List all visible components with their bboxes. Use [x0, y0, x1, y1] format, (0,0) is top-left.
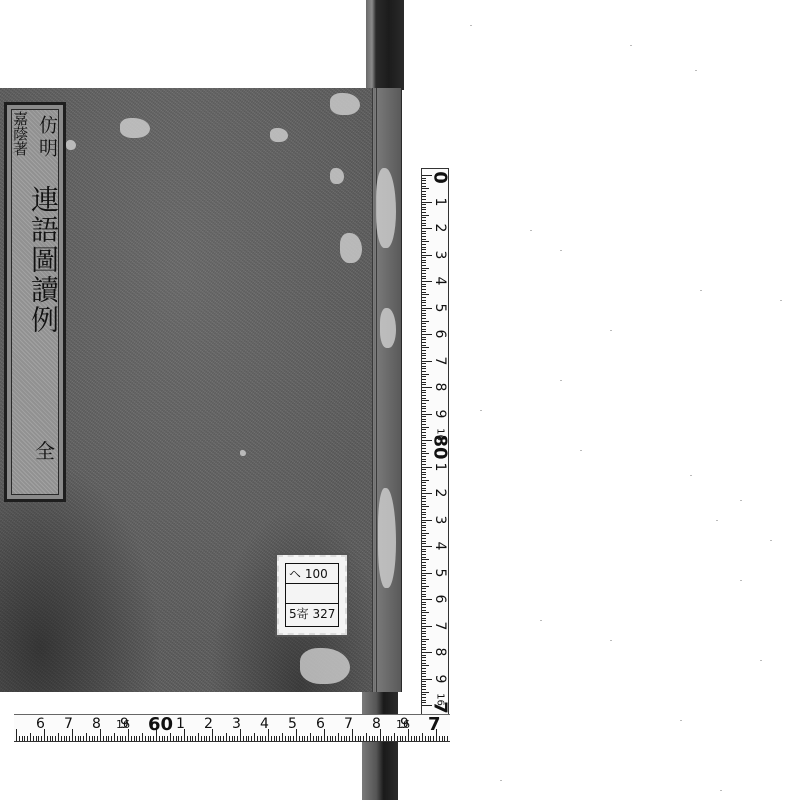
ruler-h-label: 1 [176, 716, 185, 732]
label-row-class: ヘ 100 [286, 564, 338, 584]
cover-wear [120, 118, 150, 138]
ruler-h-label: 7 [428, 714, 441, 735]
ruler-h-label: 3 [232, 716, 241, 732]
book-title-prefix: 仿明 [37, 115, 57, 161]
ruler-h-label: 7 [64, 716, 73, 732]
library-call-number-label: ヘ 100 5寄 327 [277, 555, 347, 635]
ruler-h-label: 16 [396, 718, 410, 731]
cover-wear [380, 308, 396, 348]
ruler-h-label: 2 [204, 716, 213, 732]
cover-wear [300, 648, 350, 684]
label-row-blank [286, 584, 338, 604]
binding-strap-top [366, 0, 404, 90]
ruler-v-label: 0 [430, 170, 451, 186]
cover-wear [330, 168, 344, 184]
cover-wear [330, 93, 360, 115]
title-slip: 嘉蔭著 仿明 連語圖讀例 全 [4, 102, 66, 502]
ruler-v-label: 8 [432, 379, 448, 395]
ruler-v-label: 7 [432, 618, 448, 634]
ruler-h-label: 4 [260, 716, 269, 732]
ruler-h-label: 6 [316, 716, 325, 732]
book-complete-mark: 全 [35, 435, 55, 464]
binding-strap-bottom [362, 690, 398, 800]
ruler-v-label: 1 [432, 194, 448, 210]
ruler-h-label: 16 [116, 718, 130, 731]
ruler-v-label: 1 [432, 459, 448, 475]
ruler-h-label: 8 [92, 716, 101, 732]
ruler-v-label: 80 [430, 435, 451, 451]
ruler-v-label: 5 [432, 300, 448, 316]
ruler-h-label: 60 [148, 714, 173, 735]
ruler-v-label: 3 [432, 512, 448, 528]
book-title: 連語圖讀例 [29, 185, 63, 335]
horizontal-ruler: 67891660123456789167 [14, 714, 450, 742]
ruler-v-label: 2 [432, 485, 448, 501]
vertical-ruler: 01234567891680123456789167 [421, 168, 449, 716]
cover-wear [270, 128, 288, 142]
ruler-v-label: 2 [432, 220, 448, 236]
label-row-number: 5寄 327 [286, 604, 338, 625]
ruler-v-label: 9 [432, 406, 448, 422]
ruler-h-label: 6 [36, 716, 45, 732]
ruler-v-label: 5 [432, 565, 448, 581]
label-grid: ヘ 100 5寄 327 [285, 563, 339, 627]
ruler-v-label: 8 [432, 644, 448, 660]
cover-wear [340, 233, 362, 263]
ruler-v-label: 4 [432, 273, 448, 289]
ruler-v-label: 6 [432, 591, 448, 607]
ruler-v-label: 9 [432, 671, 448, 687]
ruler-v-label: 3 [432, 247, 448, 263]
book-author: 嘉蔭著 [11, 111, 29, 156]
ruler-v-label: 4 [432, 538, 448, 554]
ruler-v-label: 7 [432, 353, 448, 369]
ruler-h-label: 7 [344, 716, 353, 732]
cover-wear [66, 140, 76, 150]
cover-wear [240, 450, 246, 456]
ruler-h-label: 8 [372, 716, 381, 732]
ruler-h-label: 5 [288, 716, 297, 732]
ruler-v-label: 6 [432, 326, 448, 342]
